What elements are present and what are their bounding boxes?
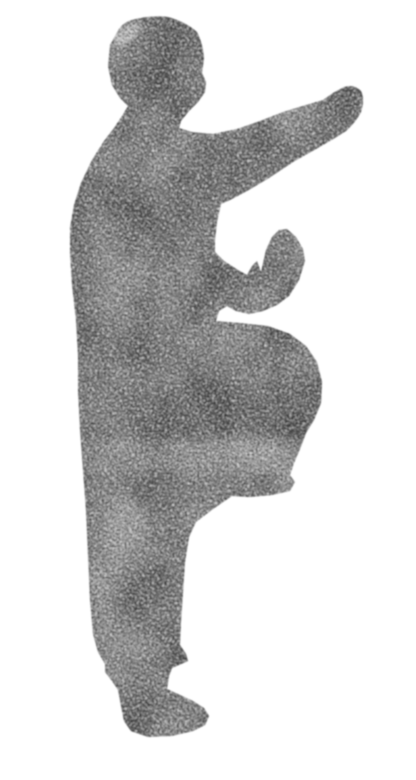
martial-artist-photo: [0, 0, 416, 780]
photo-canvas: [0, 0, 416, 780]
